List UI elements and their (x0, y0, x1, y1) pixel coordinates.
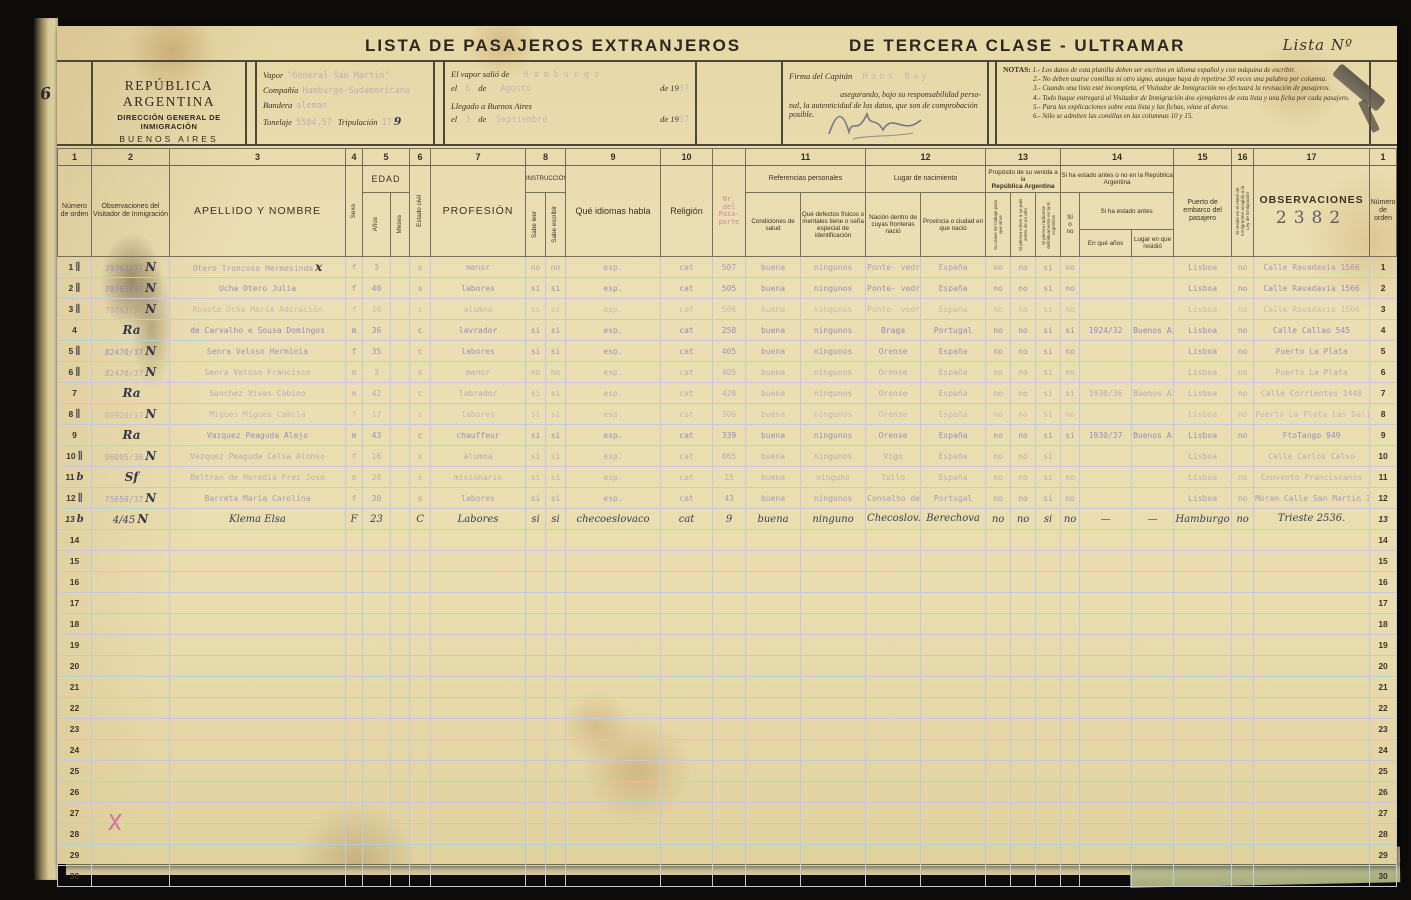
cell-c16 (1232, 572, 1254, 593)
colnum-11: 11 (746, 149, 866, 166)
table-row: 9RaVazquez Peaguda Alejom43cchauffeursis… (58, 425, 1397, 446)
handwritten-mark: ∥ (73, 367, 80, 378)
typed-value: si (551, 431, 561, 440)
typed-value: 80920/37 (105, 411, 144, 420)
handwritten-mark: N (135, 512, 148, 526)
printed-row-number: 30 (1378, 871, 1387, 881)
cell-obs (92, 740, 170, 761)
cell-prof: menor (431, 362, 526, 383)
cell-estado: s (410, 488, 431, 509)
cell-anios: 23 (363, 509, 391, 530)
typed-value: no (1064, 514, 1076, 525)
typed-value: esp. (603, 494, 622, 503)
cell-prof (431, 593, 526, 614)
cell-p1: no (986, 425, 1011, 446)
colnum-15: 15 (1174, 149, 1232, 166)
cell-n: 7 (58, 383, 92, 404)
typed-value: no (551, 368, 561, 377)
typed-value: no (1065, 494, 1075, 503)
cell-nacion (866, 740, 921, 761)
typed-value: cat (679, 431, 693, 440)
cell-c16: no (1232, 467, 1254, 488)
tonelaje-label: Tonelaje (263, 117, 292, 127)
cell-anios2 (1080, 719, 1132, 740)
typed-value: no (993, 410, 1003, 419)
colnum-7: 7 (431, 149, 526, 166)
cell-estado: s (410, 278, 431, 299)
captain-statement-1: asegurando, bajo su responsabilidad pers… (789, 90, 981, 99)
typed-value: Orense (879, 431, 908, 440)
cell-nacion: Checoslov. (866, 509, 921, 530)
cell-anios (363, 614, 391, 635)
llegado-dia: 3 (465, 115, 470, 125)
typed-value: buena (761, 368, 785, 377)
cell-pasaporte: 505 (713, 278, 746, 299)
typed-value: no (1018, 452, 1028, 461)
typed-value: esp. (603, 368, 622, 377)
typed-value: buena (761, 431, 785, 440)
de19-label: de 19 (660, 114, 679, 124)
typed-value: no (1018, 431, 1028, 440)
cell-anios (363, 761, 391, 782)
cell-puerto (1174, 530, 1232, 551)
handwritten-mark: N (143, 302, 156, 316)
cell-defectos (801, 698, 866, 719)
cell-religion (661, 551, 713, 572)
cell-sex: f (346, 488, 363, 509)
notas-label: NOTAS: (1003, 65, 1031, 74)
typed-value: no (1018, 473, 1028, 482)
cell-obs17: Calle Ravadavia 1566 (1254, 278, 1370, 299)
cell-defectos: ninguno (801, 509, 866, 530)
cell-anios (363, 740, 391, 761)
cell-obs: Ra (92, 425, 170, 446)
cell-obs (92, 719, 170, 740)
typed-value: si (551, 473, 561, 482)
cell-religion: cat (661, 341, 713, 362)
cell-pasaporte (713, 572, 746, 593)
cell-pasaporte (713, 761, 746, 782)
cell-anios (363, 782, 391, 803)
cell-salud (746, 761, 801, 782)
cell-nacion (866, 719, 921, 740)
cell-obs17: Trieste 2536. (1254, 509, 1370, 530)
cell-leer: no (526, 257, 546, 278)
cell-salud (746, 551, 801, 572)
cell-p1: no (986, 299, 1011, 320)
cell-n: 18 (58, 614, 92, 635)
header-provincia: Provincia o ciudad en que nació (921, 193, 986, 257)
cell-anios2 (1080, 866, 1132, 887)
cell-obs17 (1254, 551, 1370, 572)
cell-estado (410, 803, 431, 824)
cell-religion: cat (661, 278, 713, 299)
cell-name (170, 656, 346, 677)
cell-obs17 (1254, 761, 1370, 782)
colnum-13: 13 (986, 149, 1061, 166)
cell-c16 (1232, 614, 1254, 635)
cell-p3: si (1036, 341, 1061, 362)
cell-leer (526, 614, 546, 635)
cell-estado (410, 782, 431, 803)
typed-value: no (1065, 368, 1075, 377)
cell-anios (363, 719, 391, 740)
cell-meses (391, 866, 410, 887)
typed-value: si (531, 326, 541, 335)
cell-meses (391, 404, 410, 425)
typed-value: no (551, 263, 561, 272)
cell-p2: no (1011, 446, 1036, 467)
cell-defectos: ningunos (801, 341, 866, 362)
cell-sex: f (346, 299, 363, 320)
cell-obs17: Moran Calle San Martin 302 (1254, 488, 1370, 509)
cell-religion (661, 530, 713, 551)
cell-pasaporte: 339 (713, 425, 746, 446)
cell-meses (391, 467, 410, 488)
typed-value: no (1065, 473, 1075, 482)
cell-puerto: Lisboa (1174, 404, 1232, 425)
cell-idiomas: esp. (566, 362, 661, 383)
cell-estado (410, 551, 431, 572)
typed-value: 865 (722, 452, 736, 461)
typed-value: 40 (372, 284, 382, 293)
cell-p1 (986, 824, 1011, 845)
header-anios: Años (363, 193, 391, 257)
cell-puerto: Lisboa (1174, 299, 1232, 320)
handwritten-mark: x (313, 260, 322, 274)
cell-c16: no (1232, 362, 1254, 383)
cell-estado (410, 614, 431, 635)
table-row: 2929 (58, 845, 1397, 866)
cell-anios: 3 (363, 257, 391, 278)
cell-meses (391, 509, 410, 530)
cell-leer: si (526, 425, 546, 446)
cell-anios2 (1080, 299, 1132, 320)
cell-estado (410, 593, 431, 614)
colnum-17: 17 (1254, 149, 1370, 166)
colnum-14: 14 (1061, 149, 1174, 166)
typed-value: no (1238, 473, 1248, 482)
cell-leer: si (526, 467, 546, 488)
cell-c16: no (1232, 425, 1254, 446)
cell-n: 29 (58, 845, 92, 866)
printed-row-number: 22 (1378, 703, 1387, 713)
cell-meses (391, 278, 410, 299)
cell-obs17 (1254, 614, 1370, 635)
cell-p3 (1036, 698, 1061, 719)
cell-anios (363, 656, 391, 677)
cell-p3: si (1036, 425, 1061, 446)
cell-nacion (866, 824, 921, 845)
cell-provincia: España (921, 278, 986, 299)
cell-sino (1061, 572, 1080, 593)
cell-leer (526, 635, 546, 656)
cell-lugar2 (1132, 803, 1174, 824)
table-row: 1818 (58, 614, 1397, 635)
table-row: 8∥80920/37NMigues Migues Camilaf17slabor… (58, 404, 1397, 425)
typed-value: si (531, 410, 541, 419)
cell-escribir: si (546, 278, 566, 299)
printed-row-number: 18 (1378, 619, 1387, 629)
cell-p3: si (1036, 509, 1061, 530)
cell-religion (661, 866, 713, 887)
header-col16: Si reside en el Hotel de Inmigrantes aco… (1232, 166, 1254, 257)
salio-dia: 6 (465, 84, 470, 94)
typed-value: Migues Migues Camila (209, 410, 305, 419)
printed-row-number: 5 (1381, 346, 1386, 356)
vapor-value: "General San Martin" (287, 71, 389, 81)
typed-value: esp. (603, 284, 622, 293)
cell-salud (746, 530, 801, 551)
cell-estado: s (410, 362, 431, 383)
cell-name (170, 782, 346, 803)
cell-religion: cat (661, 299, 713, 320)
typed-value: alumna (464, 305, 493, 314)
cell-p2 (1011, 572, 1036, 593)
cell-estado: c (410, 425, 431, 446)
typed-value: Lisboa (1188, 410, 1217, 419)
cell-sino (1061, 530, 1080, 551)
cell-religion (661, 719, 713, 740)
typed-value: Portugal (934, 326, 973, 335)
header-proposito-sub3: Si piensa radicarse definitivamente en l… (1036, 193, 1061, 257)
typed-value: si (531, 473, 541, 482)
cell-leer: si (526, 299, 546, 320)
handwritten-mark: N (143, 449, 156, 463)
cell-salud (746, 656, 801, 677)
cell-meses (391, 320, 410, 341)
cell-obs: 4/45N (92, 509, 170, 530)
cell-salud: buena (746, 257, 801, 278)
cell-defectos: ningunos (801, 257, 866, 278)
cell-c16 (1232, 719, 1254, 740)
typed-value: esp. (603, 431, 622, 440)
typed-value: no (993, 431, 1003, 440)
cell-puerto (1174, 614, 1232, 635)
cell-pasaporte (713, 845, 746, 866)
cell-pasaporte: 306 (713, 404, 746, 425)
cell-obs17: Calle Ravadavia 1566 (1254, 299, 1370, 320)
cell-n: 12∥ (58, 488, 92, 509)
cell-salud (746, 698, 801, 719)
cell-obs (92, 635, 170, 656)
cell-defectos: ningunos (801, 278, 866, 299)
cell-idiomas (566, 719, 661, 740)
cell-provincia (921, 782, 986, 803)
cell-religion: cat (661, 404, 713, 425)
cell-obs: Ra (92, 383, 170, 404)
cell-n2: 4 (1370, 320, 1397, 341)
cell-idiomas: esp. (566, 404, 661, 425)
cell-sino (1061, 446, 1080, 467)
colnum-8: 8 (526, 149, 566, 166)
cell-c16: no (1232, 299, 1254, 320)
cell-p2 (1011, 740, 1036, 761)
cell-religion (661, 572, 713, 593)
cell-puerto: Lisboa (1174, 383, 1232, 404)
cell-lugar2 (1132, 446, 1174, 467)
cell-idiomas: esp. (566, 425, 661, 446)
typed-value: si (531, 514, 539, 525)
handwritten-mark: b (75, 472, 84, 483)
printed-row-number: 25 (1378, 766, 1387, 776)
cell-obs (92, 782, 170, 803)
table-row: 3∥79763/37NRosete Ucha María Adoraciónf1… (58, 299, 1397, 320)
cell-p2 (1011, 677, 1036, 698)
cell-salud (746, 635, 801, 656)
header-edad: EDAD (363, 166, 410, 193)
nota-1: 1.- Los datos de esta planilla deben ser… (1033, 66, 1295, 74)
cell-p2: no (1011, 362, 1036, 383)
cell-lugar2 (1132, 488, 1174, 509)
cell-n: 8∥ (58, 404, 92, 425)
cell-sex (346, 530, 363, 551)
cell-anios2 (1080, 257, 1132, 278)
cell-sino (1061, 551, 1080, 572)
cell-p1: no (986, 362, 1011, 383)
typed-value: labores (461, 494, 495, 503)
cell-anios: 28 (363, 467, 391, 488)
header-apellido-nombre: APELLIDO Y NOMBRE (170, 166, 346, 257)
cell-leer (526, 551, 546, 572)
typed-value: no (1018, 284, 1028, 293)
typed-value: ningunos (814, 410, 853, 419)
cell-nacion (866, 530, 921, 551)
cell-salud (746, 845, 801, 866)
cell-name: Senra Veloso Francisco (170, 362, 346, 383)
cell-religion (661, 824, 713, 845)
cell-p2 (1011, 845, 1036, 866)
cell-estado (410, 740, 431, 761)
table-row: 2121 (58, 677, 1397, 698)
typed-value: ninguno (816, 473, 850, 482)
typed-value: si (531, 347, 541, 356)
typed-value: España (939, 410, 968, 419)
cell-meses (391, 782, 410, 803)
cell-sex (346, 593, 363, 614)
typed-value: no (993, 473, 1003, 482)
typed-value: Buenos Aires (1133, 389, 1174, 398)
colnum-5: 5 (363, 149, 410, 166)
header-proposito-sub1: Su clase de trabajo para que sirve (986, 193, 1011, 257)
cell-provincia: Berechova (921, 509, 986, 530)
cell-idiomas: esp. (566, 299, 661, 320)
handwritten-mark: ∥ (73, 409, 80, 420)
cell-obs17: Convento Franciscanos (1254, 467, 1370, 488)
cell-provincia (921, 761, 986, 782)
handwritten-mark: N (143, 407, 156, 421)
cell-lugar2 (1132, 299, 1174, 320)
typed-value: 17 (372, 410, 382, 419)
nota-2: 2.- No deben usarse comillas ni otro sig… (1003, 75, 1363, 84)
typed-value: España (939, 431, 968, 440)
handwritten-mark: N (143, 365, 156, 379)
cell-defectos (801, 593, 866, 614)
cell-obs: 79763/37N (92, 299, 170, 320)
bandera-value: aleman (296, 101, 327, 111)
cell-sino (1061, 803, 1080, 824)
typed-value: 1930/37 (1089, 431, 1123, 440)
typed-value: buena (761, 473, 785, 482)
header-pasaporte: Nr. del Pasa- porte (713, 166, 746, 257)
typed-value: 506 (722, 305, 736, 314)
typed-value: labrador (459, 389, 498, 398)
cell-puerto: Hamburgo (1174, 509, 1232, 530)
cell-c16: no (1232, 320, 1254, 341)
colnum-passport (713, 149, 746, 166)
cell-idiomas (566, 698, 661, 719)
cell-obs: Sf (92, 467, 170, 488)
typed-value: España (939, 389, 968, 398)
cell-defectos: ningunos (801, 425, 866, 446)
cell-lugar2 (1132, 362, 1174, 383)
cell-meses (391, 761, 410, 782)
header-lugar-nacimiento: Lugar de nacimiento (866, 166, 986, 193)
printed-row-number: 2 (1381, 283, 1386, 293)
cell-leer (526, 698, 546, 719)
cell-lugar2: Buenos Aires (1132, 320, 1174, 341)
typed-value: 16 (372, 452, 382, 461)
typed-value: no (1065, 347, 1075, 356)
typed-value: menor (466, 263, 490, 272)
cell-defectos: ningunos (801, 383, 866, 404)
cell-leer (526, 824, 546, 845)
cell-p1 (986, 803, 1011, 824)
cell-idiomas (566, 803, 661, 824)
cell-idiomas (566, 614, 661, 635)
printed-row-number: 16 (70, 577, 79, 587)
captain-signature (823, 106, 933, 142)
typed-value: f (352, 410, 357, 419)
header-idiomas: Qué idiomas habla (566, 166, 661, 257)
firma-label: Firma del Capitán (789, 71, 852, 81)
colnum-1b: 1 (1370, 149, 1397, 166)
cell-meses (391, 257, 410, 278)
typed-value: lavrador (459, 326, 498, 335)
printed-row-number: 23 (70, 724, 79, 734)
cell-name (170, 593, 346, 614)
printed-row-number: 13 (65, 514, 74, 524)
cell-obs17 (1254, 824, 1370, 845)
cell-p3 (1036, 761, 1061, 782)
typed-value: si (1043, 452, 1053, 461)
cell-n: 2∥ (58, 278, 92, 299)
cell-defectos: ninguno (801, 467, 866, 488)
typed-value: 9 (726, 514, 732, 525)
cell-p1: no (986, 320, 1011, 341)
cell-provincia (921, 656, 986, 677)
cell-religion: cat (661, 320, 713, 341)
cell-anios2 (1080, 488, 1132, 509)
printed-row-number: 26 (70, 787, 79, 797)
cell-escribir (546, 593, 566, 614)
typed-value: f (352, 494, 357, 503)
cell-name: Sanchez Vivas Cabino (170, 383, 346, 404)
cell-anios (363, 593, 391, 614)
cell-anios2 (1080, 803, 1132, 824)
cell-pasaporte (713, 866, 746, 887)
cell-sex: m (346, 425, 363, 446)
cell-c16 (1232, 593, 1254, 614)
cell-pasaporte: 25 (713, 467, 746, 488)
typed-value: Moran Calle San Martin 302 (1255, 494, 1370, 503)
cell-puerto: Lisboa (1174, 278, 1232, 299)
typed-value: s (418, 494, 423, 503)
cell-provincia (921, 824, 986, 845)
cell-lugar2: Buenos Aires (1132, 383, 1174, 404)
cell-sino: no (1061, 341, 1080, 362)
compania-value: Hamburgo-Sudamericana (302, 86, 409, 96)
